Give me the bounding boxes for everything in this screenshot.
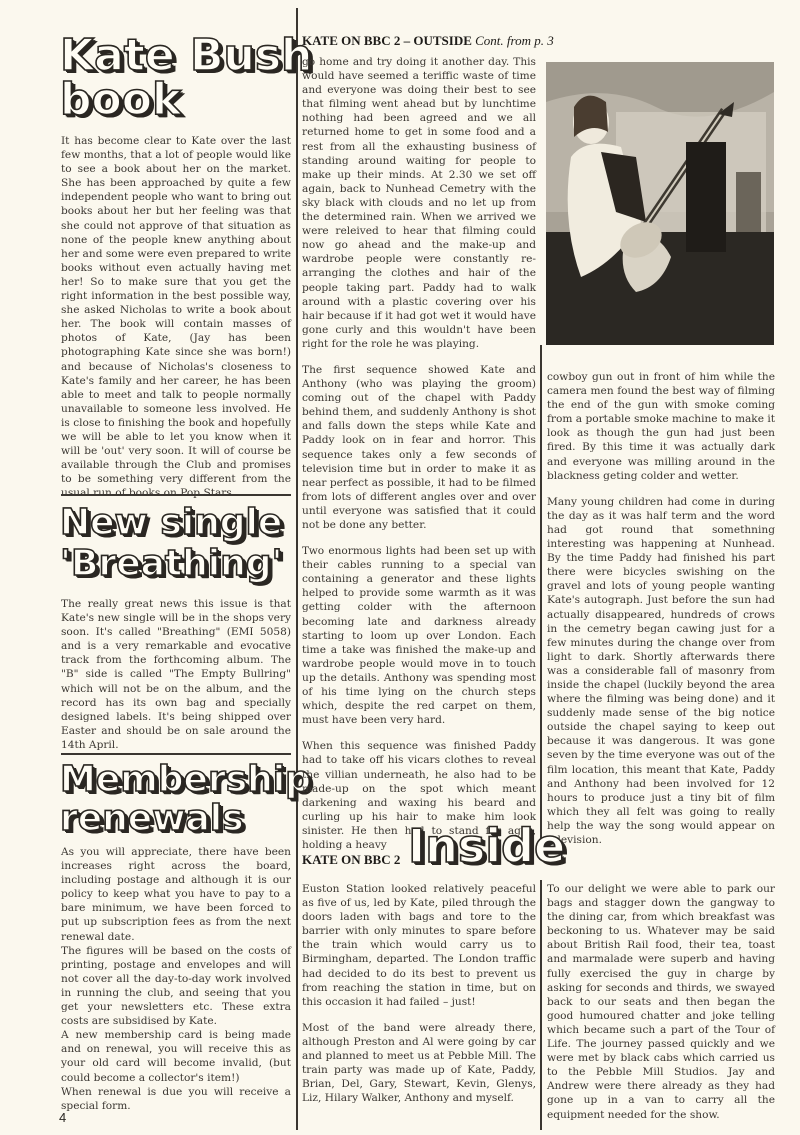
musician-guitar-photo xyxy=(546,62,774,345)
outside-paragraph: The first sequence showed Kate and Antho… xyxy=(302,363,536,532)
single-heading-line2: 'Breathing' xyxy=(60,546,283,582)
book-heading-line1: Kate Bush xyxy=(60,34,312,78)
inside-paragraph: Most of the band were already there, alt… xyxy=(302,1021,536,1106)
newsletter-page: Kate Bush book It has become clear to Ka… xyxy=(0,0,800,1135)
section-divider xyxy=(61,753,291,755)
outside-kicker: KATE ON BBC 2 – OUTSIDE Cont. from p. 3 xyxy=(302,33,554,49)
outside-article-mid: go home and try doing it another day. Th… xyxy=(302,55,536,852)
outside-paragraph: go home and try doing it another day. Th… xyxy=(302,55,536,351)
outside-paragraph: cowboy gun out in front of him while the… xyxy=(547,370,775,483)
book-paragraph: It has become clear to Kate over the las… xyxy=(61,134,291,500)
single-heading-line1: New single xyxy=(60,505,282,541)
outside-article-right: cowboy gun out in front of him while the… xyxy=(547,370,775,847)
membership-paragraph: The figures will be based on the costs o… xyxy=(61,944,291,1029)
membership-article: As you will appreciate, there have been … xyxy=(61,845,291,1113)
inside-paragraph: To our delight we were able to park our … xyxy=(547,882,775,1122)
column-rule-right-lower xyxy=(540,880,542,1130)
inside-heading: Inside xyxy=(408,823,565,869)
inside-article-mid: Euston Station looked relatively peacefu… xyxy=(302,882,536,1105)
membership-paragraph: A new membership card is being made and … xyxy=(61,1028,291,1084)
section-divider xyxy=(61,494,291,496)
column-rule-right xyxy=(540,345,542,860)
single-paragraph: The really great news this issue is that… xyxy=(61,597,291,752)
outside-paragraph: Two enormous lights had been set up with… xyxy=(302,544,536,727)
membership-heading-line1: Membership xyxy=(60,762,311,798)
page-number: 4 xyxy=(59,1110,66,1125)
membership-paragraph: As you will appreciate, there have been … xyxy=(61,845,291,944)
continued-from-note: Cont. from p. 3 xyxy=(475,33,554,48)
book-article: It has become clear to Kate over the las… xyxy=(61,134,291,500)
membership-heading-line2: renewals xyxy=(60,801,244,837)
membership-paragraph: When renewal is due you will receive a s… xyxy=(61,1085,291,1113)
inside-article-right: To our delight we were able to park our … xyxy=(547,882,775,1122)
outside-paragraph: Many young children had come in during t… xyxy=(547,495,775,847)
column-rule-left xyxy=(296,8,298,1130)
inside-kicker: KATE ON BBC 2 xyxy=(302,852,400,868)
outside-kicker-title: KATE ON BBC 2 – OUTSIDE xyxy=(302,33,472,48)
photo-illustration xyxy=(546,62,774,345)
inside-paragraph: Euston Station looked relatively peacefu… xyxy=(302,882,536,1009)
single-article: The really great news this issue is that… xyxy=(61,597,291,752)
book-heading-line2: book xyxy=(60,78,181,122)
